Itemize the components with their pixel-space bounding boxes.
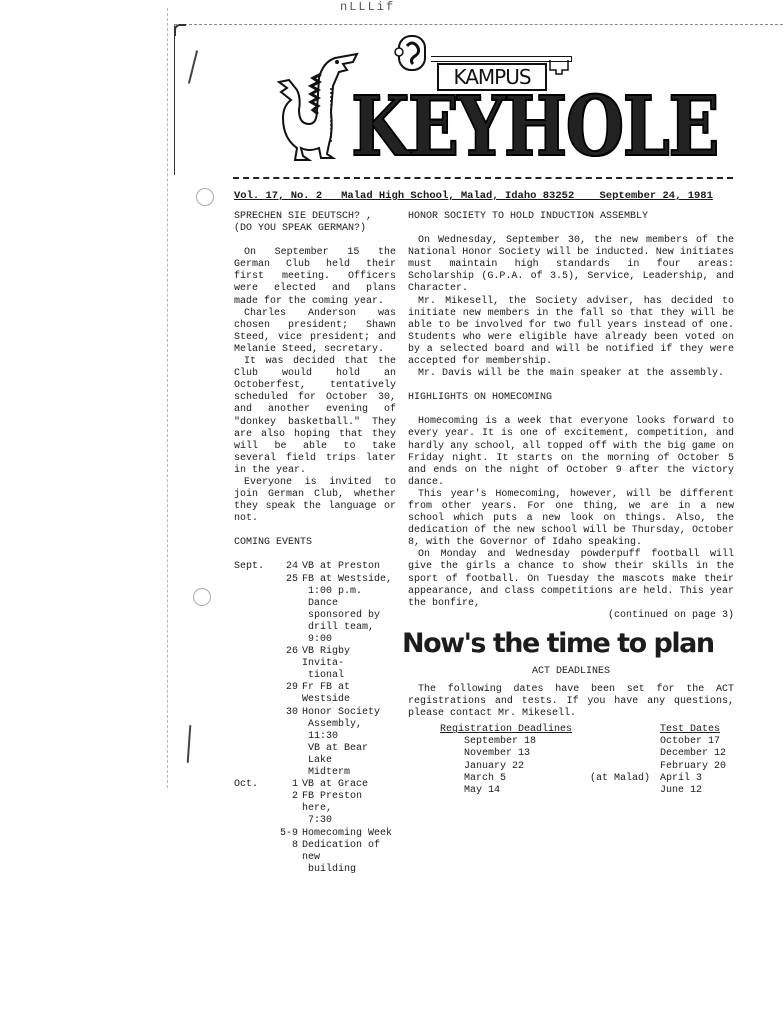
event-item-continued: drill team, 9:00 — [234, 622, 396, 646]
stray-scribble: nLLLif — [340, 0, 395, 14]
article-paragraph: Mr. Mikesell, the Society adviser, has d… — [408, 296, 734, 369]
location-note — [590, 736, 660, 748]
event-day — [274, 598, 302, 622]
pen-mark — [188, 50, 198, 83]
test-date: December 12 — [660, 748, 740, 760]
frame-left-line — [174, 25, 175, 175]
event-item-continued: Assembly, 11:30 — [234, 719, 396, 743]
event-day: 29 — [274, 682, 302, 706]
punch-hole — [193, 588, 211, 606]
event-text: VB at Bear Lake — [302, 743, 396, 767]
event-text: Fr FB at Westside — [302, 682, 396, 706]
test-date: April 3 — [660, 773, 740, 785]
coming-events: COMING EVENTS Sept.24VB at Preston25FB a… — [234, 537, 396, 876]
event-day: 25 — [274, 574, 302, 586]
keyhole-title: KEYHOLE — [351, 82, 718, 172]
event-item-continued: Dance sponsored by — [234, 598, 396, 622]
act-article: ACT DEADLINES The following dates have b… — [408, 666, 734, 797]
masthead-divider — [233, 177, 733, 179]
article-paragraph: Homecoming is a week that everyone looks… — [408, 416, 734, 489]
left-column: SPRECHEN SIE DEUTSCH? , (DO YOU SPEAK GE… — [234, 211, 396, 876]
event-text: building — [302, 864, 396, 876]
event-month — [234, 828, 274, 840]
event-day: 26 — [274, 646, 302, 670]
event-day: 1 — [274, 779, 302, 791]
event-item: 8Dedication of new — [234, 840, 396, 864]
spacer — [408, 773, 440, 785]
article-paragraph: This year's Homecoming, however, will be… — [408, 489, 734, 549]
test-column-header: Test Dates — [660, 724, 740, 736]
punch-hole — [196, 188, 214, 206]
event-text: drill team, 9:00 — [302, 622, 396, 646]
event-text: Honor Society — [302, 707, 396, 719]
article-subheadline: (DO YOU SPEAK GERMAN?) — [234, 223, 396, 235]
article-headline: HIGHLIGHTS ON HOMECOMING — [408, 392, 734, 404]
article-paragraph: Everyone is invited to join German Club,… — [234, 477, 396, 525]
event-text: VB at Preston — [302, 561, 396, 573]
school-address: Malad High School, Malad, Idaho 83252 — [341, 190, 574, 202]
event-day — [274, 864, 302, 876]
event-item: 30Honor Society — [234, 707, 396, 719]
event-month — [234, 646, 274, 670]
registration-deadline: May 14 — [440, 785, 590, 797]
event-item-continued: 1:00 p.m. — [234, 586, 396, 598]
article-headline: ACT DEADLINES — [408, 666, 734, 678]
event-day — [274, 670, 302, 682]
event-day — [274, 586, 302, 598]
location-note — [590, 748, 660, 760]
registration-deadline: March 5 — [440, 773, 590, 785]
spacer — [408, 736, 440, 748]
event-text: Dance sponsored by — [302, 598, 396, 622]
event-day: 8 — [274, 840, 302, 864]
event-month — [234, 767, 274, 779]
test-date: June 12 — [660, 785, 740, 797]
scan-edge-line — [167, 8, 168, 788]
event-item: 25FB at Westside, — [234, 574, 396, 586]
dragon-mascot-icon — [273, 52, 363, 164]
event-month — [234, 682, 274, 706]
german-club-article: SPRECHEN SIE DEUTSCH? , (DO YOU SPEAK GE… — [234, 211, 396, 525]
event-day: 2 — [274, 791, 302, 815]
pen-mark — [187, 725, 192, 763]
event-month — [234, 864, 274, 876]
event-item-continued: 7:30 — [234, 815, 396, 827]
masthead: KAMPUS KEYHOLE — [265, 30, 645, 170]
event-month: Oct. — [234, 779, 274, 791]
event-month — [234, 574, 274, 586]
dateline: Vol. 17, No. 2 Malad High School, Malad,… — [234, 190, 744, 202]
event-month — [234, 622, 274, 646]
volume-number: Vol. 17, No. 2 — [234, 190, 322, 202]
registration-deadline: September 18 — [440, 736, 590, 748]
event-month — [234, 791, 274, 815]
event-text: 1:00 p.m. — [302, 586, 396, 598]
event-text: FB Preston here, — [302, 791, 396, 815]
plan-banner: Now's the time to plan — [402, 628, 734, 660]
event-month: Sept. — [234, 561, 274, 573]
event-item-continued: tional — [234, 670, 396, 682]
event-day — [274, 743, 302, 767]
honor-society-article: HONOR SOCIETY TO HOLD INDUCTION ASSEMBLY… — [408, 211, 734, 380]
article-paragraph: On Monday and Wednesday powderpuff footb… — [408, 549, 734, 609]
event-text: 7:30 — [302, 815, 396, 827]
article-paragraph: On Wednesday, September 30, the new memb… — [408, 235, 734, 295]
article-paragraph: The following dates have been set for th… — [408, 684, 734, 720]
event-month — [234, 670, 274, 682]
article-paragraph: Charles Anderson was chosen president; S… — [234, 308, 396, 356]
event-day: 5-9 — [274, 828, 302, 840]
event-text: Homecoming Week — [302, 828, 396, 840]
event-text: tional — [302, 670, 396, 682]
registration-deadline: November 13 — [440, 748, 590, 760]
event-day: 24 — [274, 561, 302, 573]
event-day — [274, 622, 302, 646]
event-day — [274, 815, 302, 827]
registration-column-header: Registration Deadlines — [440, 724, 590, 736]
location-note — [590, 785, 660, 797]
article-headline: HONOR SOCIETY TO HOLD INDUCTION ASSEMBLY — [408, 211, 734, 223]
event-month — [234, 743, 274, 767]
event-day — [274, 767, 302, 779]
event-text: Dedication of new — [302, 840, 396, 864]
key-bow-icon — [393, 34, 431, 72]
event-day — [274, 719, 302, 743]
event-month — [234, 719, 274, 743]
continued-note: (continued on page 3) — [408, 610, 734, 622]
event-item-continued: VB at Bear Lake — [234, 743, 396, 767]
event-text: FB at Westside, — [302, 574, 396, 586]
event-day: 30 — [274, 707, 302, 719]
event-item: Oct.1VB at Grace — [234, 779, 396, 791]
article-paragraph: Mr. Davis will be the main speaker at th… — [408, 368, 734, 380]
event-text: Assembly, 11:30 — [302, 719, 396, 743]
issue-date: September 24, 1981 — [599, 190, 712, 202]
event-month — [234, 598, 274, 622]
event-month — [234, 707, 274, 719]
event-item-continued: building — [234, 864, 396, 876]
events-list: Sept.24VB at Preston25FB at Westside,1:0… — [234, 561, 396, 875]
key-bit-icon — [548, 60, 570, 76]
test-date: February 20 — [660, 761, 740, 773]
event-item: 26VB Rigby Invita- — [234, 646, 396, 670]
spacer — [408, 785, 440, 797]
act-dates-table: Registration Deadlines Test Dates Septem… — [408, 724, 734, 797]
right-column: HONOR SOCIETY TO HOLD INDUCTION ASSEMBLY… — [408, 211, 734, 797]
spacer — [408, 761, 440, 773]
event-item: 5-9Homecoming Week — [234, 828, 396, 840]
article-headline: SPRECHEN SIE DEUTSCH? , — [234, 211, 396, 223]
event-month — [234, 586, 274, 598]
frame-top-line — [174, 24, 783, 25]
registration-deadline: January 22 — [440, 761, 590, 773]
spacer — [408, 748, 440, 760]
event-item: 29Fr FB at Westside — [234, 682, 396, 706]
location-note — [590, 761, 660, 773]
event-text: VB at Grace — [302, 779, 396, 791]
event-month — [234, 840, 274, 864]
event-item: Sept.24VB at Preston — [234, 561, 396, 573]
event-item: 2FB Preston here, — [234, 791, 396, 815]
article-paragraph: It was decided that the Club would hold … — [234, 356, 396, 477]
event-text: Midterm — [302, 767, 396, 779]
homecoming-article: HIGHLIGHTS ON HOMECOMING Homecoming is a… — [408, 392, 734, 622]
article-paragraph: On September 15 the German Club held the… — [234, 247, 396, 307]
test-date: October 17 — [660, 736, 740, 748]
events-headline: COMING EVENTS — [234, 537, 396, 549]
location-note: (at Malad) — [590, 773, 660, 785]
event-month — [234, 815, 274, 827]
frame-corner — [174, 24, 186, 36]
event-item-continued: Midterm — [234, 767, 396, 779]
event-text: VB Rigby Invita- — [302, 646, 396, 670]
